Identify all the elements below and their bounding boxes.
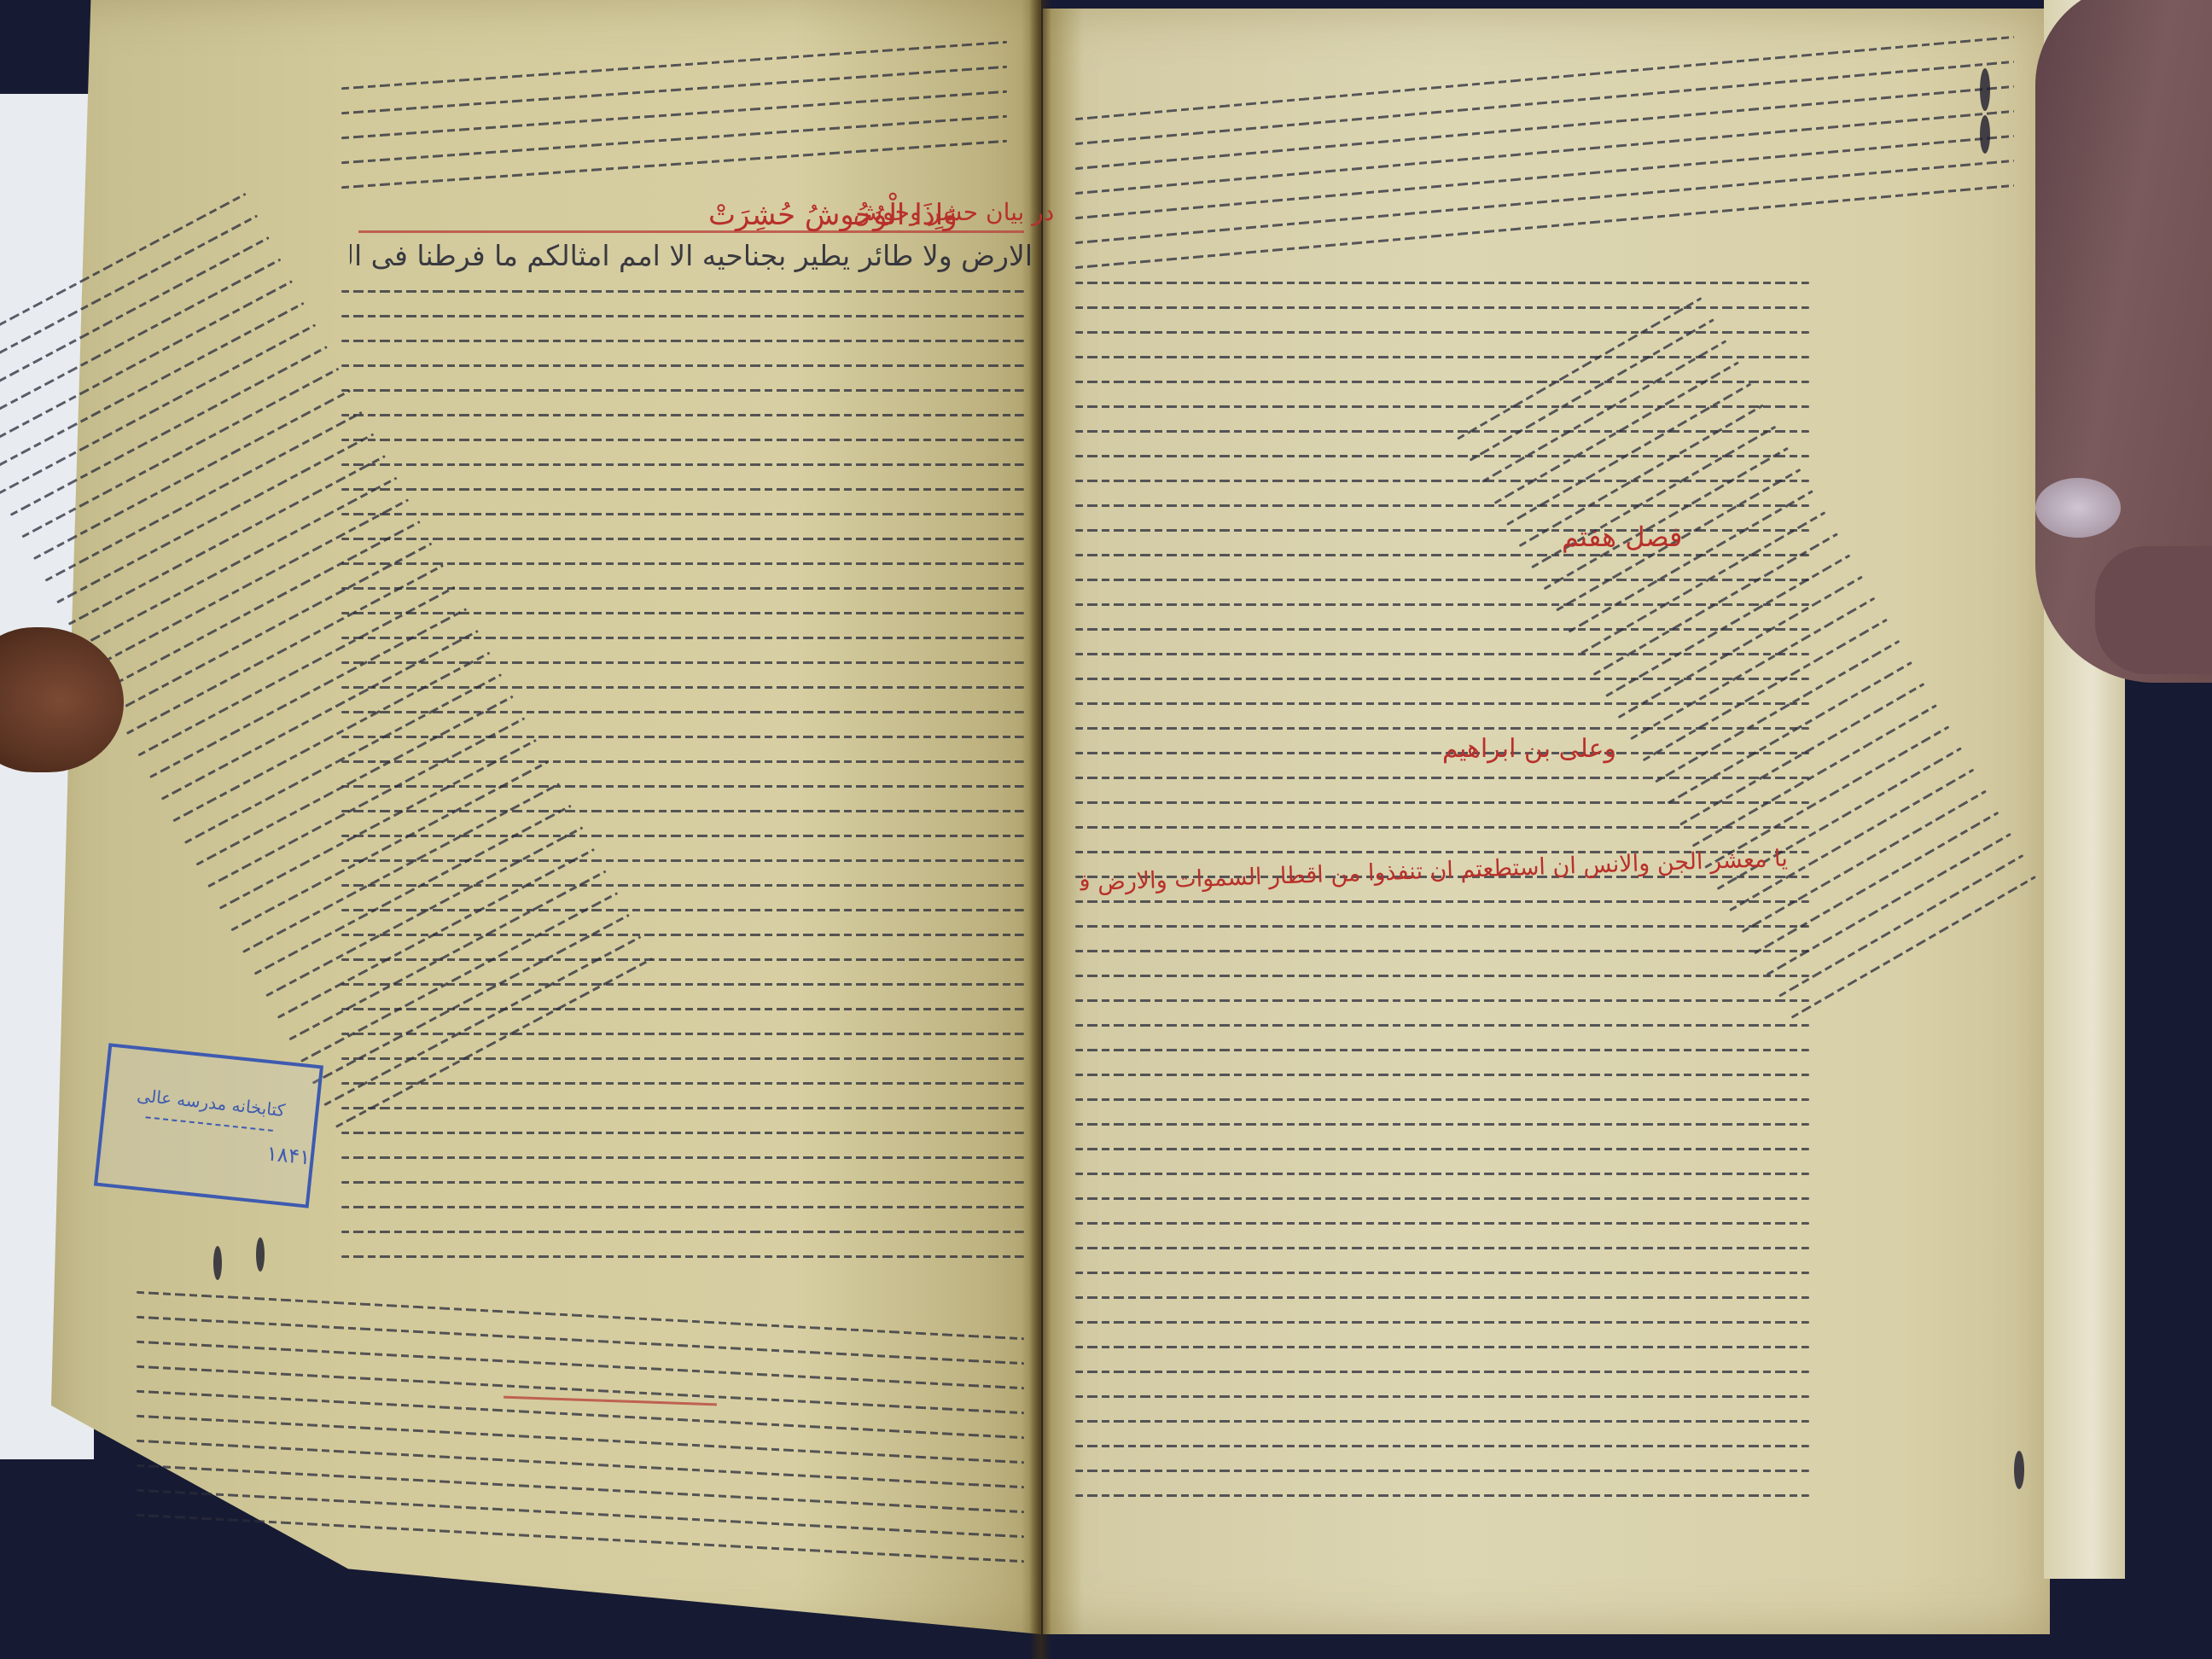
ink-mark xyxy=(213,1246,222,1280)
right-thumbnail xyxy=(2035,478,2121,538)
citation-rubric: وعلی بن ابراهیم xyxy=(1442,734,1616,764)
library-stamp: کتابخانه مدرسه عالی ۱۸۴۱ xyxy=(94,1043,323,1208)
left-bottom-gloss xyxy=(137,1291,1024,1620)
stamp-number: ۱۸۴۱ xyxy=(265,1141,311,1169)
left-margin-heading: در بیان حشر وحوش xyxy=(853,198,1054,226)
chapter-heading: فصل هفتم xyxy=(1562,521,1682,553)
stamp-label: کتابخانه مدرسه عالی xyxy=(136,1085,286,1121)
ink-mark xyxy=(1980,68,1990,111)
right-hand-finger xyxy=(2095,546,2212,674)
ink-mark xyxy=(1980,115,1990,154)
left-main-opening-line: الارض ولا طائر یطیر بجناحیه الا امم امثا… xyxy=(350,239,1033,272)
left-main-text-block xyxy=(341,290,1024,1314)
ink-mark xyxy=(2014,1451,2024,1489)
ink-mark xyxy=(256,1237,265,1272)
stamp-dash-line xyxy=(145,1116,272,1132)
